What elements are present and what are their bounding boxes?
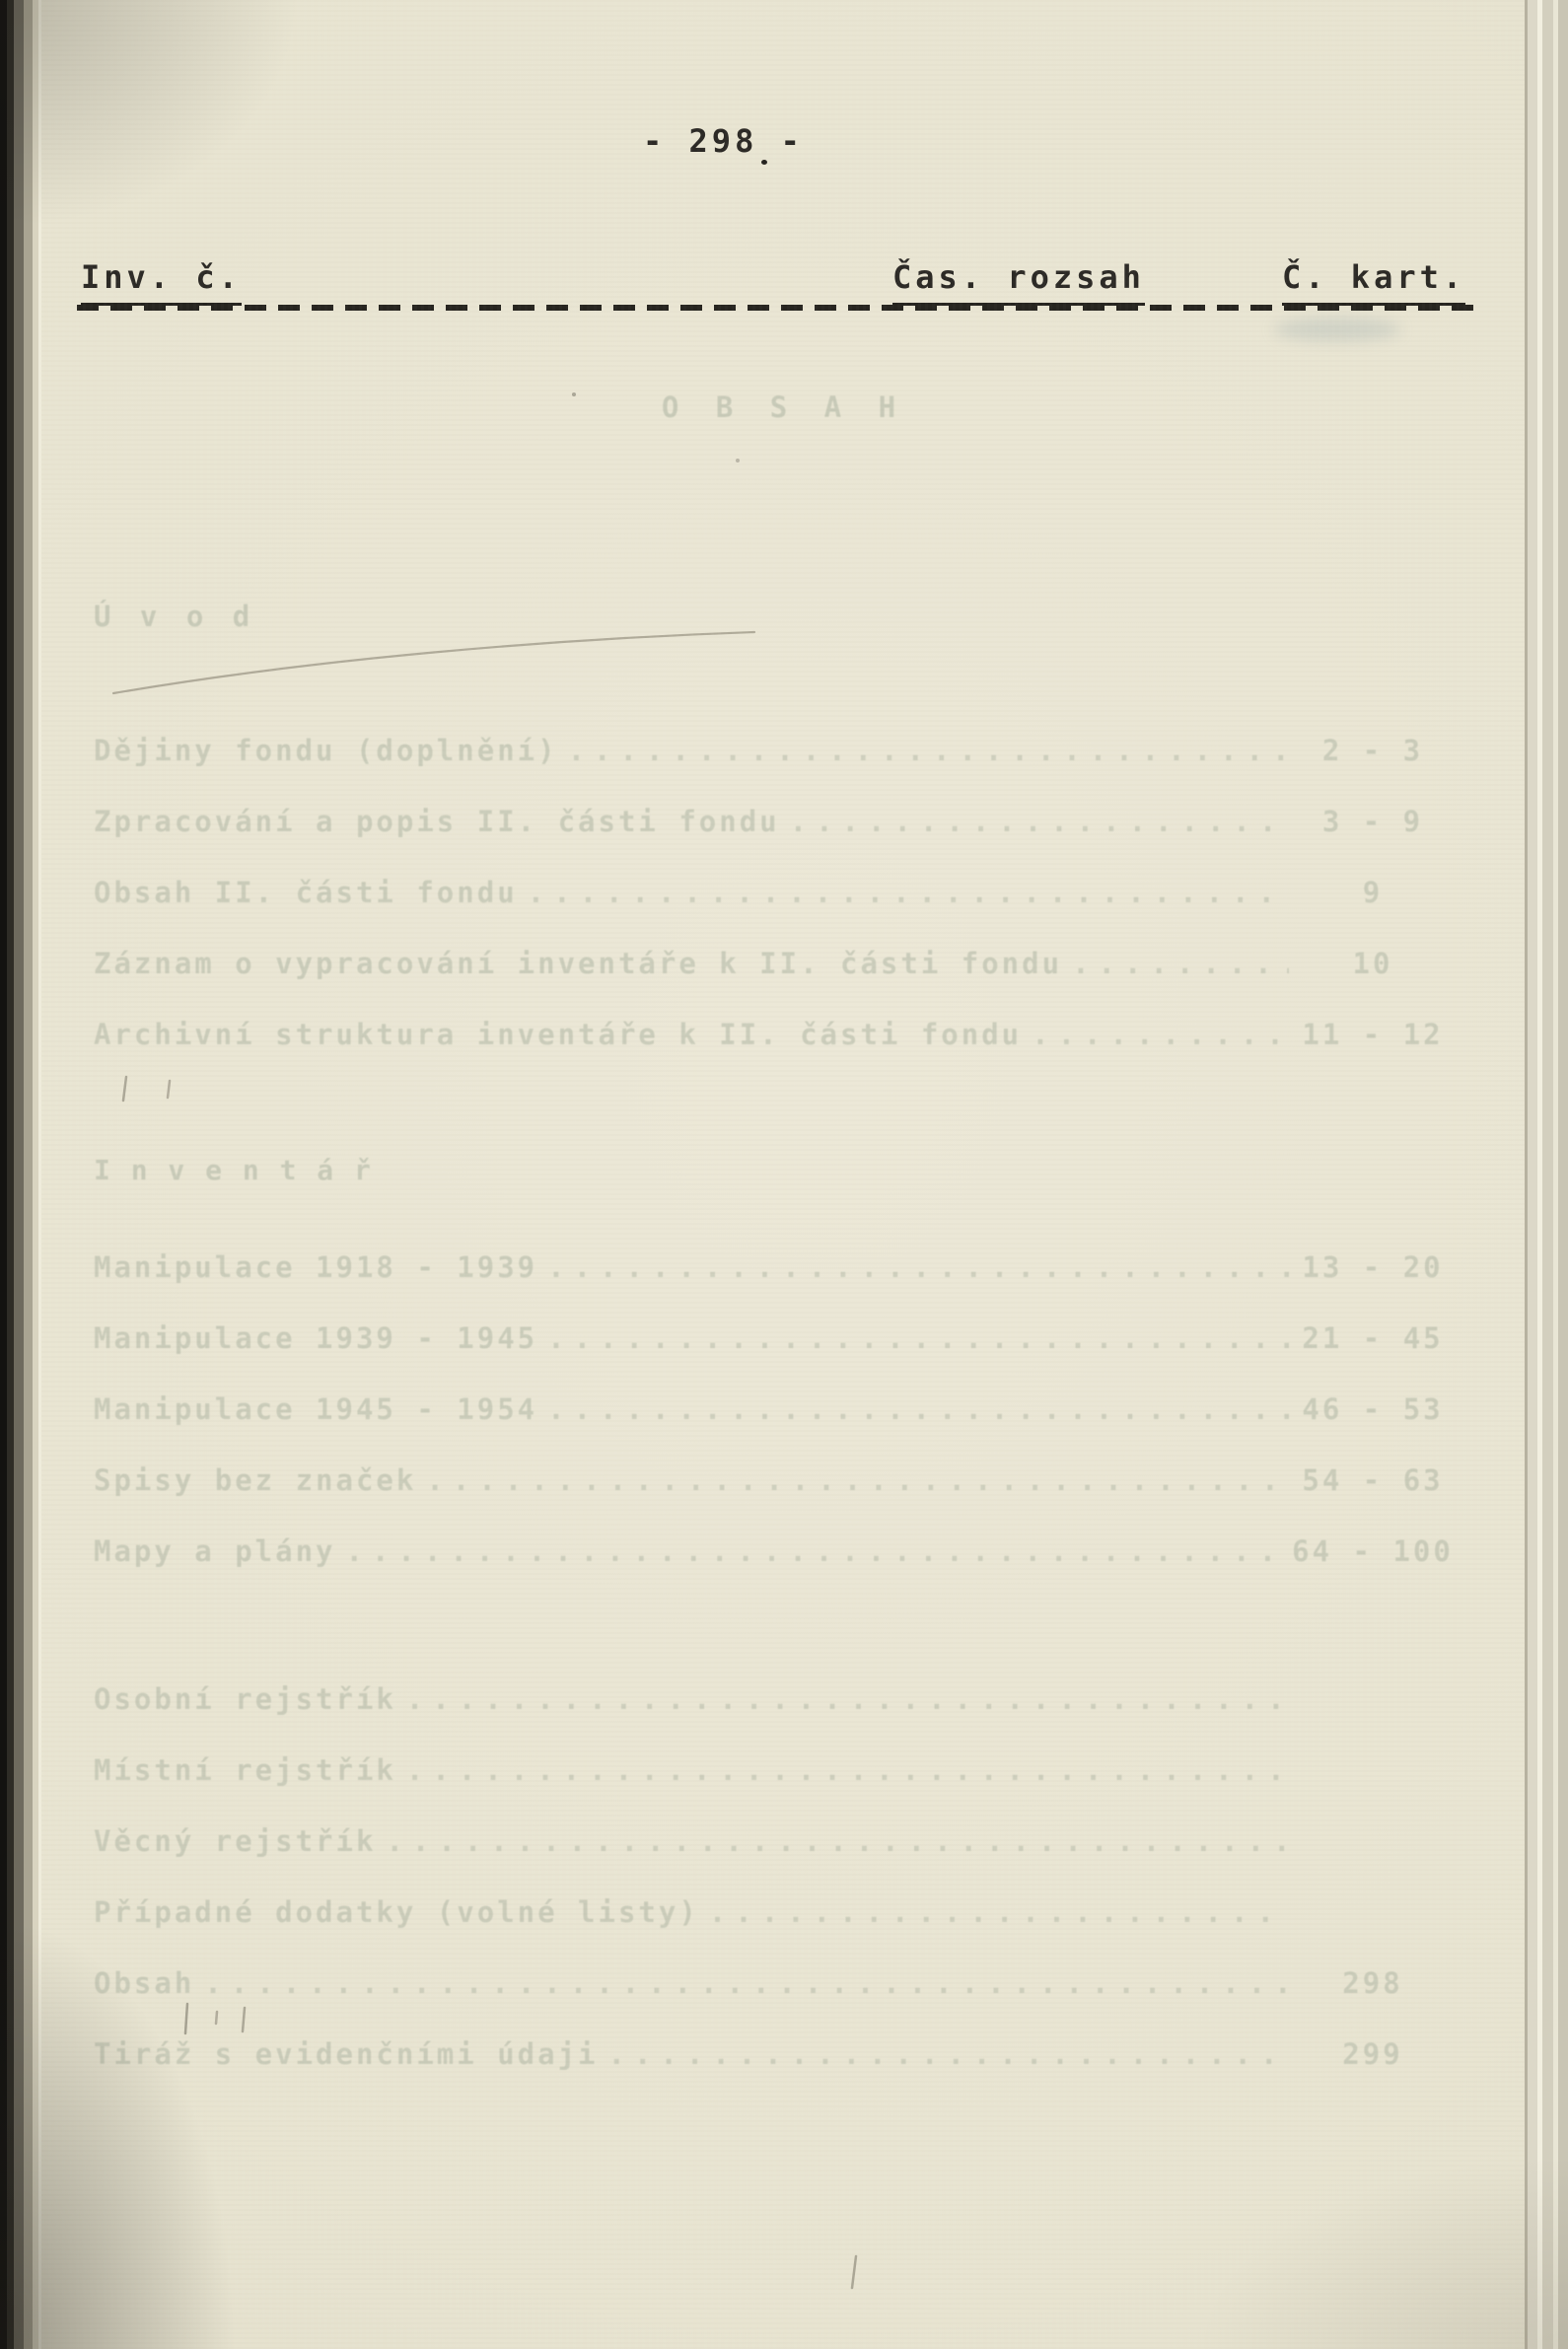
- left-scan-edge: [0, 0, 45, 2349]
- column-header-inv-c: Inv. č.: [81, 258, 242, 306]
- toc-dot-leader: ........................................…: [1022, 1018, 1289, 1051]
- toc-dot-leader: ........................................…: [336, 1534, 1289, 1568]
- toc-dot-leader: ........................................…: [416, 1463, 1289, 1497]
- toc-entry-pages: 46 - 53: [1289, 1392, 1457, 1426]
- toc-row: Obsah II. části fondu ..................…: [94, 876, 1457, 947]
- toc-entry-pages: 9: [1289, 876, 1457, 909]
- toc-entry-label: Mapy a plány: [94, 1534, 336, 1568]
- toc-row: Tiráž s evidenčními údaji ..............…: [94, 2037, 1457, 2108]
- pencil-tick: [852, 2256, 856, 2288]
- toc-dot-leader: ........................................…: [376, 1824, 1289, 1858]
- ghost-toc-inventar-list: Manipulace 1918 - 1939 .................…: [94, 1250, 1457, 1605]
- toc-dot-leader: ........................................…: [518, 876, 1289, 909]
- scanned-document-page: - 298 - Inv. č. Čas. rozsah Č. kart. O B…: [0, 0, 1568, 2349]
- toc-entry-label: Manipulace 1939 - 1945: [94, 1321, 537, 1355]
- toc-row: Mapy a plány ...........................…: [94, 1534, 1457, 1605]
- paper-page: - 298 - Inv. č. Čas. rozsah Č. kart. O B…: [0, 0, 1568, 2349]
- toc-entry-pages: 21 - 45: [1289, 1321, 1457, 1355]
- ghost-heading-uvod: Ú v o d: [94, 600, 255, 633]
- toc-dot-leader: ........................................…: [537, 1321, 1289, 1355]
- toc-row: Místní rejstřík ........................…: [94, 1753, 1457, 1824]
- page-number: - 298 -: [643, 122, 804, 160]
- toc-row: Manipulace 1918 - 1939 .................…: [94, 1250, 1457, 1321]
- toc-entry-label: Záznam o vypracování inventáře k II. čás…: [94, 947, 1062, 980]
- toc-dot-leader: ........................................…: [396, 1753, 1289, 1787]
- toc-entry-pages: 13 - 20: [1289, 1250, 1457, 1284]
- ink-smudge: [1274, 318, 1400, 341]
- column-header-c-kart: Č. kart.: [1282, 258, 1465, 306]
- ink-speck: [761, 160, 767, 165]
- toc-entry-pages: 2 - 3: [1289, 734, 1457, 767]
- toc-entry-label: Případné dodatky (volné listy): [94, 1895, 699, 1929]
- toc-entry-label: Obsah: [94, 1966, 194, 2000]
- toc-dot-leader: ........................................…: [599, 2037, 1290, 2071]
- toc-entry-pages: 10: [1289, 947, 1457, 980]
- ink-speck: [736, 459, 740, 463]
- ink-speck: [572, 392, 576, 396]
- column-header-cas-rozsah: Čas. rozsah: [892, 258, 1145, 306]
- toc-row: Případné dodatky (volné listy) .........…: [94, 1895, 1457, 1966]
- typewriter-dashed-rule: [77, 305, 1485, 311]
- toc-entry-label: Obsah II. části fondu: [94, 876, 518, 909]
- toc-entry-label: Zpracování a popis II. části fondu: [94, 805, 780, 838]
- pencil-stroke-curve: [113, 632, 754, 693]
- toc-dot-leader: ........................................…: [537, 1250, 1289, 1284]
- toc-dot-leader: ........................................…: [699, 1895, 1289, 1929]
- toc-entry-label: Spisy bez značek: [94, 1463, 416, 1497]
- toc-entry-label: Tiráž s evidenčními údaji: [94, 2037, 599, 2071]
- toc-row: Věcný rejstřík .........................…: [94, 1824, 1457, 1895]
- toc-row: Archivní struktura inventáře k II. části…: [94, 1018, 1457, 1089]
- toc-entry-pages: 64 - 100: [1289, 1534, 1457, 1568]
- toc-row: Zpracování a popis II. části fondu .....…: [94, 805, 1457, 876]
- toc-dot-leader: ........................................…: [780, 805, 1289, 838]
- toc-entry-label: Osobní rejstřík: [94, 1682, 396, 1716]
- ghost-toc-title: O B S A H: [42, 391, 1525, 424]
- toc-entry-pages: 11 - 12: [1289, 1018, 1457, 1051]
- ghost-toc-intro-list: Dějiny fondu (doplnění) ................…: [94, 734, 1457, 1089]
- right-page-stack-edge: [1525, 0, 1568, 2349]
- toc-entry-pages: 298: [1289, 1966, 1457, 2000]
- toc-entry-label: Dějiny fondu (doplnění): [94, 734, 558, 767]
- toc-row: Osobní rejstřík ........................…: [94, 1682, 1457, 1753]
- toc-dot-leader: ........................................…: [194, 1966, 1289, 2000]
- toc-entry-label: Manipulace 1918 - 1939: [94, 1250, 537, 1284]
- toc-row: Obsah ..................................…: [94, 1966, 1457, 2037]
- toc-dot-leader: ........................................…: [558, 734, 1289, 767]
- toc-row: Spisy bez značek .......................…: [94, 1463, 1457, 1534]
- toc-dot-leader: ........................................…: [1062, 947, 1289, 980]
- toc-entry-label: Věcný rejstřík: [94, 1824, 376, 1858]
- toc-entry-label: Manipulace 1945 - 1954: [94, 1392, 537, 1426]
- toc-row: Dějiny fondu (doplnění) ................…: [94, 734, 1457, 805]
- toc-entry-pages: 299: [1289, 2037, 1457, 2071]
- toc-dot-leader: ........................................…: [537, 1392, 1289, 1426]
- ghost-toc-final-list: Osobní rejstřík ........................…: [94, 1682, 1457, 2108]
- ghost-heading-inventar: I n v e n t á ř: [94, 1154, 373, 1186]
- toc-entry-pages: 54 - 63: [1289, 1463, 1457, 1497]
- toc-dot-leader: ........................................…: [396, 1682, 1289, 1716]
- toc-entry-label: Archivní struktura inventáře k II. části…: [94, 1018, 1022, 1051]
- toc-row: Záznam o vypracování inventáře k II. čás…: [94, 947, 1457, 1018]
- toc-row: Manipulace 1939 - 1945 .................…: [94, 1321, 1457, 1392]
- toc-row: Manipulace 1945 - 1954 .................…: [94, 1392, 1457, 1463]
- toc-entry-label: Místní rejstřík: [94, 1753, 396, 1787]
- toc-entry-pages: 3 - 9: [1289, 805, 1457, 838]
